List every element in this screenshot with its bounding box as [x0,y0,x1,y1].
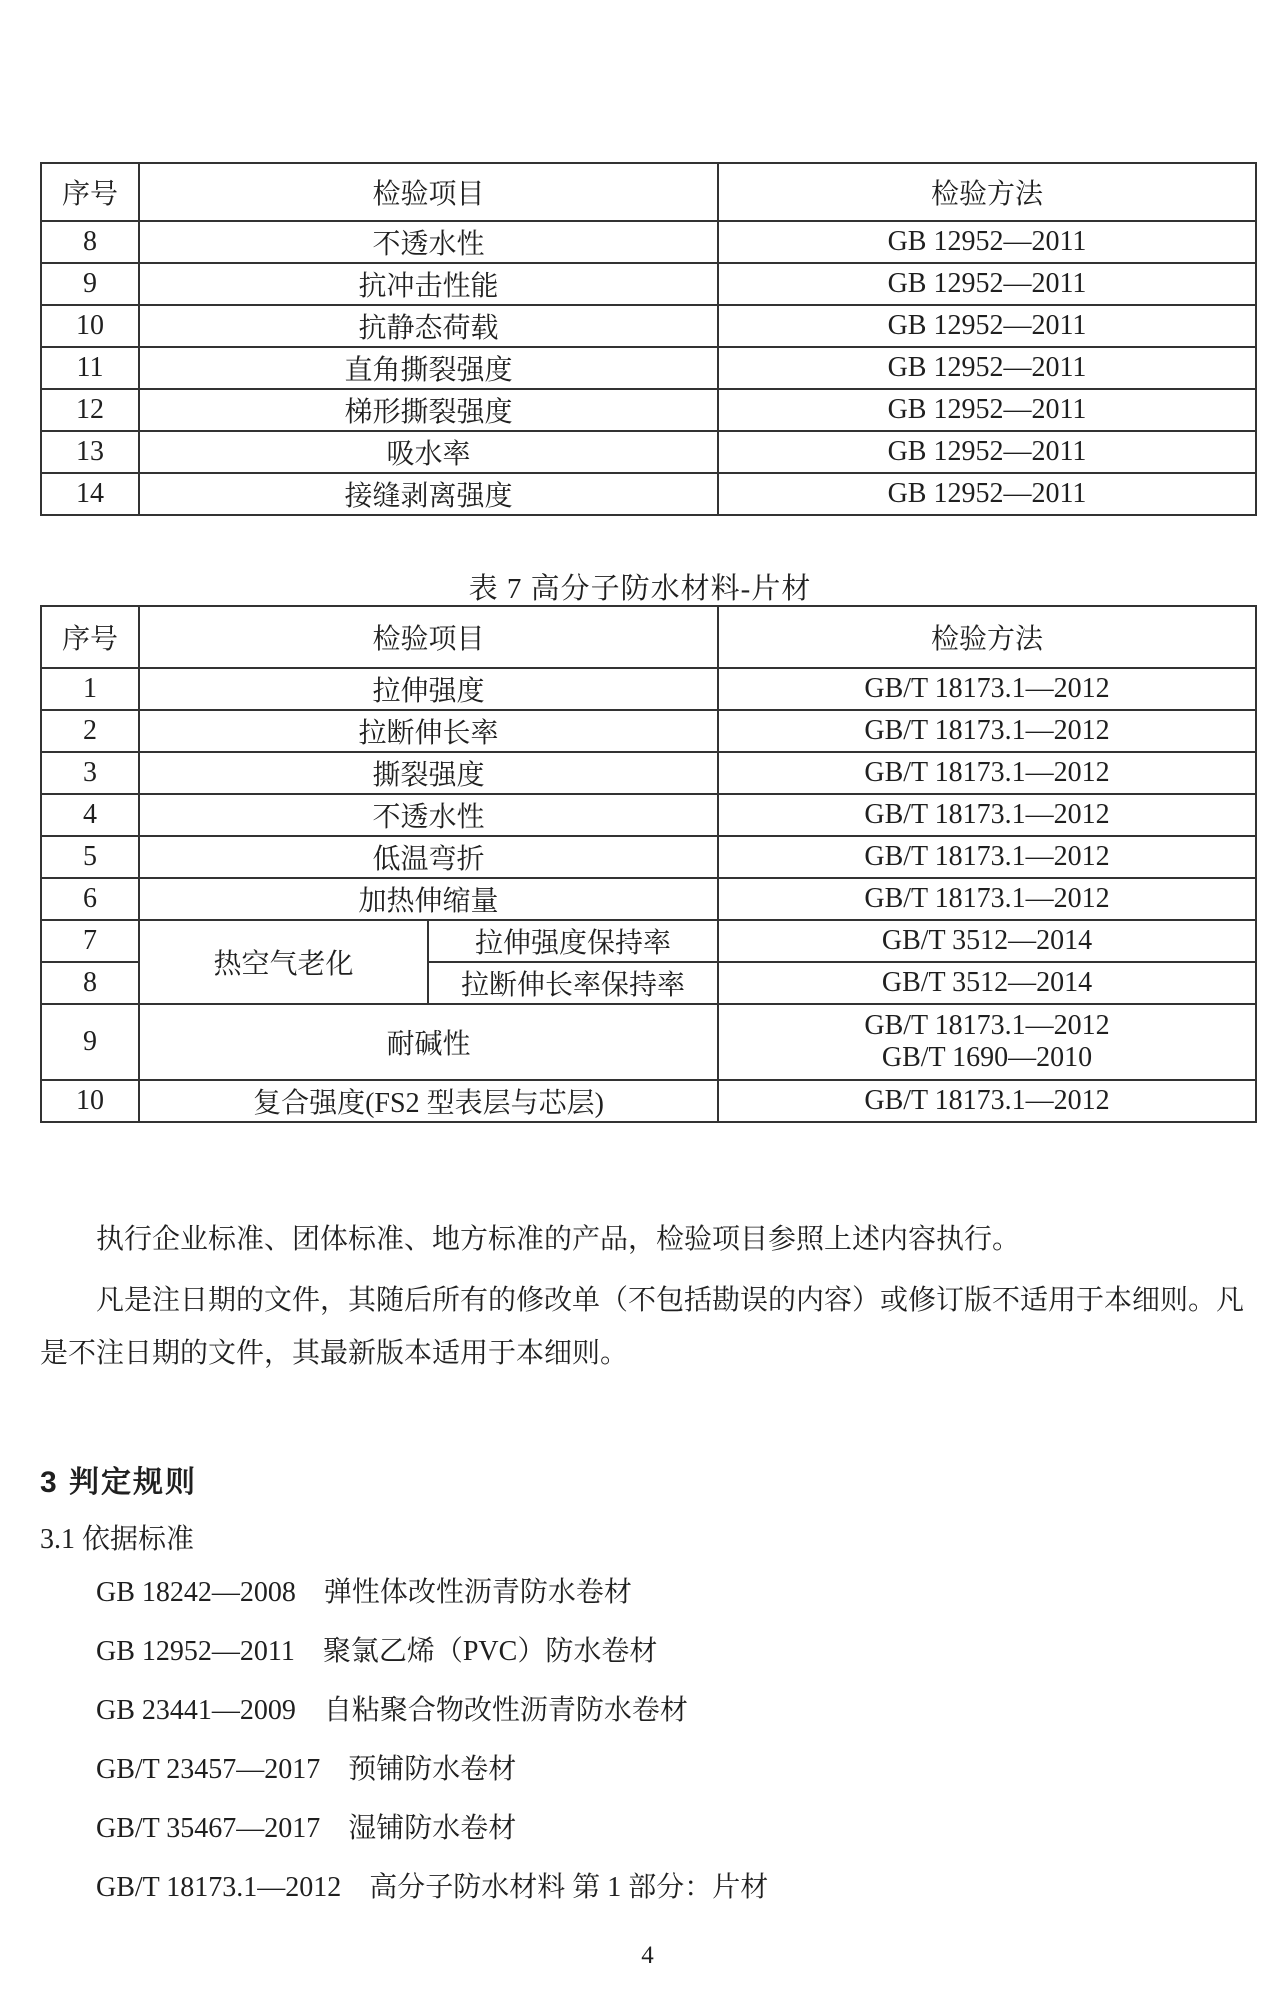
method-cell: GB 12952—2011 [718,263,1256,305]
table-row: 4不透水性GB/T 18173.1—2012 [41,794,1256,836]
header-cell: 检验项目 [139,163,718,221]
method-cell: GB/T 18173.1—2012 [718,878,1256,920]
item-cell: 不透水性 [139,221,718,263]
method-cell: GB/T 18173.1—2012 [718,1080,1256,1122]
method-cell: GB/T 3512—2014 [718,920,1256,962]
paragraph-dated-documents: 凡是注日期的文件，其随后所有的修改单（不包括勘误的内容）或修订版不适用于本细则。… [40,1274,1280,1380]
item-cell: 梯形撕裂强度 [139,389,718,431]
subsection-heading-basis-standards: 3.1 依据标准 [40,1517,194,1557]
table-row: 3撕裂强度GB/T 18173.1—2012 [41,752,1256,794]
table-row: 13吸水率GB 12952—2011 [41,431,1256,473]
item-cell: 撕裂强度 [139,752,718,794]
table-row: 9抗冲击性能GB 12952—2011 [41,263,1256,305]
item-cell: 抗冲击性能 [139,263,718,305]
page-number: 4 [40,1942,1255,1970]
paragraph-dated-documents-line1: 凡是注日期的文件，其随后所有的修改单（不包括勘误的内容）或修订版不适用于本细则。… [40,1274,1280,1327]
method-line: GB 12952—2011 [719,352,1255,384]
method-line: GB 12952—2011 [719,394,1255,426]
method-line: GB/T 18173.1—2012 [719,883,1255,915]
item-cell: 拉伸强度 [139,668,718,710]
table-row: 7热空气老化拉伸强度保持率GB/T 3512—2014 [41,920,1256,962]
standard-item: GB/T 35467—2017 湿铺防水卷材 [96,1799,768,1858]
table-row: 11直角撕裂强度GB 12952—2011 [41,347,1256,389]
row-number-cell: 10 [41,305,139,347]
method-line: GB 12952—2011 [719,226,1255,258]
table-row: 10复合强度(FS2 型表层与芯层)GB/T 18173.1—2012 [41,1080,1256,1122]
standard-item: GB/T 23457—2017 预铺防水卷材 [96,1740,768,1799]
row-number-cell: 9 [41,263,139,305]
item-cell: 复合强度(FS2 型表层与芯层) [139,1080,718,1122]
header-cell: 检验方法 [718,163,1256,221]
row-number-cell: 11 [41,347,139,389]
method-line: GB/T 18173.1—2012 [719,841,1255,873]
method-line: GB 12952—2011 [719,310,1255,342]
row-number-cell: 5 [41,836,139,878]
method-cell: GB 12952—2011 [718,431,1256,473]
method-cell: GB/T 18173.1—2012 [718,836,1256,878]
table-header-row: 序号检验项目检验方法 [41,606,1256,668]
header-cell: 序号 [41,606,139,668]
table7-polymer-sheet: 序号检验项目检验方法1拉伸强度GB/T 18173.1—20122拉断伸长率GB… [40,605,1257,1123]
row-number-cell: 14 [41,473,139,515]
paragraph-dated-documents-line2: 是不注日期的文件，其最新版本适用于本细则。 [40,1327,1280,1380]
item-cell: 拉断伸长率 [139,710,718,752]
table-row: 9耐碱性GB/T 18173.1—2012GB/T 1690—2010 [41,1004,1256,1080]
item-cell: 拉断伸长率保持率 [428,962,718,1004]
method-line: GB/T 1690—2010 [719,1042,1255,1074]
inspection-table-rows8-14: 序号检验项目检验方法8不透水性GB 12952—20119抗冲击性能GB 129… [40,162,1257,516]
standards-list: GB 18242—2008 弹性体改性沥青防水卷材 GB 12952—2011 … [96,1563,768,1917]
method-cell: GB 12952—2011 [718,221,1256,263]
paragraph-enterprise-standards: 执行企业标准、团体标准、地方标准的产品，检验项目参照上述内容执行。 [40,1221,1256,1259]
header-cell: 检验方法 [718,606,1256,668]
method-cell: GB 12952—2011 [718,389,1256,431]
item-cell: 加热伸缩量 [139,878,718,920]
item-cell: 接缝剥离强度 [139,473,718,515]
method-line: GB/T 18173.1—2012 [719,757,1255,789]
table-row: 8不透水性GB 12952—2011 [41,221,1256,263]
method-cell: GB 12952—2011 [718,347,1256,389]
row-number-cell: 10 [41,1080,139,1122]
method-line: GB/T 18173.1—2012 [719,715,1255,747]
table-header-row: 序号检验项目检验方法 [41,163,1256,221]
header-cell: 检验项目 [139,606,718,668]
method-cell: GB 12952—2011 [718,305,1256,347]
method-line: GB/T 18173.1—2012 [719,1010,1255,1042]
item-cell: 不透水性 [139,794,718,836]
item-cell: 低温弯折 [139,836,718,878]
row-number-cell: 2 [41,710,139,752]
method-cell: GB/T 18173.1—2012GB/T 1690—2010 [718,1004,1256,1080]
standard-item: GB 18242—2008 弹性体改性沥青防水卷材 [96,1563,768,1622]
method-line: GB/T 18173.1—2012 [719,799,1255,831]
row-number-cell: 1 [41,668,139,710]
row-number-cell: 9 [41,1004,139,1080]
row-number-cell: 3 [41,752,139,794]
method-line: GB 12952—2011 [719,478,1255,510]
item-cell: 拉伸强度保持率 [428,920,718,962]
standard-item: GB/T 18173.1—2012 高分子防水材料 第 1 部分：片材 [96,1858,768,1917]
item-cell: 抗静态荷载 [139,305,718,347]
item-cell: 吸水率 [139,431,718,473]
table-row: 12梯形撕裂强度GB 12952—2011 [41,389,1256,431]
table-row: 14接缝剥离强度GB 12952—2011 [41,473,1256,515]
row-number-cell: 6 [41,878,139,920]
method-cell: GB/T 3512—2014 [718,962,1256,1004]
method-line: GB/T 3512—2014 [719,967,1255,999]
section-heading-judgment-rules: 3 判定规则 [40,1457,197,1501]
method-cell: GB 12952—2011 [718,473,1256,515]
row-number-cell: 8 [41,221,139,263]
method-line: GB 12952—2011 [719,436,1255,468]
header-cell: 序号 [41,163,139,221]
standard-item: GB 23441—2009 自粘聚合物改性沥青防水卷材 [96,1681,768,1740]
table7-title: 表 7 高分子防水材料-片材 [0,566,1280,607]
method-line: GB/T 18173.1—2012 [719,1085,1255,1117]
item-cell: 耐碱性 [139,1004,718,1080]
table-row: 6加热伸缩量GB/T 18173.1—2012 [41,878,1256,920]
method-cell: GB/T 18173.1—2012 [718,794,1256,836]
item-cell: 直角撕裂强度 [139,347,718,389]
group-cell: 热空气老化 [139,920,428,1004]
method-cell: GB/T 18173.1—2012 [718,710,1256,752]
table-row: 2拉断伸长率GB/T 18173.1—2012 [41,710,1256,752]
row-number-cell: 7 [41,920,139,962]
row-number-cell: 13 [41,431,139,473]
method-line: GB 12952—2011 [719,268,1255,300]
method-cell: GB/T 18173.1—2012 [718,668,1256,710]
method-cell: GB/T 18173.1—2012 [718,752,1256,794]
table-row: 10抗静态荷载GB 12952—2011 [41,305,1256,347]
document-page: 序号检验项目检验方法8不透水性GB 12952—20119抗冲击性能GB 129… [0,0,1280,2003]
row-number-cell: 4 [41,794,139,836]
table-row: 1拉伸强度GB/T 18173.1—2012 [41,668,1256,710]
standard-item: GB 12952—2011 聚氯乙烯（PVC）防水卷材 [96,1622,768,1681]
method-line: GB/T 3512—2014 [719,925,1255,957]
method-line: GB/T 18173.1—2012 [719,673,1255,705]
row-number-cell: 12 [41,389,139,431]
row-number-cell: 8 [41,962,139,1004]
table-row: 5低温弯折GB/T 18173.1—2012 [41,836,1256,878]
